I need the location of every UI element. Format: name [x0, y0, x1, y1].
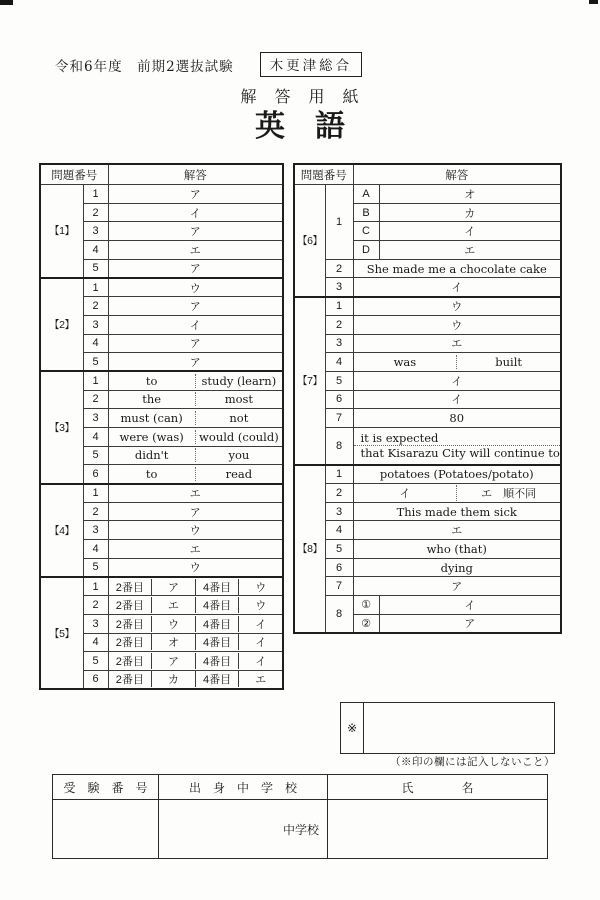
answer-sheet-page: 令和6年度 前期2選抜試験 木更津総合 解 答 用 紙 英 語 問題番号 解答 … — [0, 0, 600, 900]
answer-cell: ア — [108, 185, 283, 204]
answer-cell: ウ — [108, 278, 283, 297]
examinee-info-table: 受 験 番 号 出 身 中 学 校 氏 名 中学校 — [52, 774, 548, 859]
answer-cell: エ — [353, 521, 561, 540]
answer-value: イ — [354, 279, 561, 295]
answer-value: イ — [238, 616, 282, 632]
subject-title: 英 語 — [0, 101, 600, 145]
answer-split: 2番目オ4番目イ — [109, 634, 283, 650]
answer-value: most — [195, 392, 282, 406]
question-number-header: 問題番号 — [40, 164, 108, 185]
question-number: 2 — [83, 390, 108, 409]
school-name-box: 木更津総合 — [260, 52, 363, 77]
answer-cell: イ — [353, 371, 561, 390]
question-number: 6 — [325, 558, 353, 577]
answer-header: 解答 — [108, 164, 283, 185]
section-label: 【7】 — [294, 297, 325, 465]
answer-value: カ — [379, 203, 561, 222]
section-label: 【3】 — [40, 371, 83, 483]
answer-row: 【4】1エ — [40, 484, 283, 503]
answer-cell: イ — [353, 390, 561, 409]
question-number: 3 — [325, 334, 353, 353]
scan-artifact-top-right — [589, 0, 598, 4]
question-number: 1 — [83, 278, 108, 297]
question-number: 3 — [83, 521, 108, 540]
question-number: 2 — [83, 203, 108, 222]
answer-value: ア — [379, 614, 561, 633]
question-number: 3 — [83, 222, 108, 241]
answer-split: 2番目ウ4番目イ — [109, 616, 283, 632]
answer-value: ア — [354, 578, 561, 594]
question-number: 1 — [83, 371, 108, 390]
answer-row: 3イ — [294, 278, 561, 297]
answer-split: tostudy (learn) — [109, 374, 283, 388]
answer-value: エ — [354, 335, 561, 351]
examinee-entry-row: 中学校 — [53, 800, 548, 859]
question-number: 5 — [325, 540, 353, 559]
scan-artifact-top-left — [0, 0, 13, 5]
answer-value: must (can) — [109, 411, 195, 425]
sub-question-label: C — [353, 222, 379, 241]
answer-value: イ — [354, 391, 561, 407]
question-section: 【4】1エ2ア3ウ4エ5ウ — [40, 484, 283, 577]
answer-table-right: 問題番号 解答 【6】1AオBカCイDエ2She made me a choco… — [293, 163, 562, 634]
question-number: 1 — [325, 465, 353, 484]
question-number: 2 — [83, 502, 108, 521]
answer-value: the — [109, 392, 195, 406]
name-field — [328, 800, 548, 859]
answer-value: カ — [151, 671, 195, 687]
answer-value: イ — [238, 634, 282, 650]
answer-row: 2ウ — [294, 315, 561, 334]
question-number: 2 — [325, 484, 353, 503]
question-number: 6 — [83, 670, 108, 689]
answer-value: ア — [151, 579, 195, 595]
answer-split: were (was)would (could) — [109, 430, 283, 444]
answer-split: 2番目ア4番目ウ — [109, 579, 283, 595]
position-label: 4番目 — [195, 579, 239, 595]
answer-cell: エ — [108, 484, 283, 503]
answer-value: イ — [379, 222, 561, 241]
question-section: 【1】1ア2イ3ア4エ5ア — [40, 185, 283, 278]
question-number: 7 — [325, 577, 353, 596]
answer-cell: 2番目ア4番目ウ — [108, 577, 283, 596]
answer-split: 2番目ア4番目イ — [109, 653, 283, 669]
answer-row: 8it is expectedthat Kisarazu City will c… — [294, 427, 561, 464]
question-number: 5 — [83, 446, 108, 465]
answer-value: イ — [379, 596, 561, 615]
answer-row: 【3】1tostudy (learn) — [40, 371, 283, 390]
answer-value: didn't — [109, 448, 195, 462]
answer-cell: イ — [108, 203, 283, 222]
answer-value: that Kisarazu City will continue to deve… — [354, 445, 561, 460]
answer-value: was — [354, 355, 457, 369]
question-number: 2 — [83, 297, 108, 316]
answer-value: dying — [354, 561, 561, 575]
answer-cell: must (can)not — [108, 409, 283, 428]
answer-split: themost — [109, 392, 283, 406]
position-label: 2番目 — [109, 634, 152, 650]
question-number: 3 — [325, 502, 353, 521]
answer-value: ア — [109, 223, 283, 239]
answer-value: ウ — [354, 317, 561, 333]
answer-cell: 2番目ア4番目イ — [108, 652, 283, 671]
sub-question-label: A — [353, 185, 379, 204]
answer-row: 4エ — [294, 521, 561, 540]
answer-cell: ア — [353, 577, 561, 596]
answer-value: エ — [109, 485, 283, 501]
answer-cell: 2番目カ4番目エ — [108, 670, 283, 689]
answer-cell: ア — [108, 353, 283, 372]
answer-value: イ — [109, 317, 283, 333]
answer-value: were (was) — [109, 430, 195, 444]
question-number: 1 — [83, 577, 108, 596]
answer-value: ウ — [354, 298, 561, 314]
answer-value: potatoes (Potatoes/potato) — [354, 467, 561, 481]
answer-value: ウ — [238, 597, 282, 613]
answer-value: 80 — [354, 411, 561, 425]
question-number: 5 — [83, 652, 108, 671]
answer-row: 【7】1ウ — [294, 297, 561, 316]
answer-row: 【2】1ウ — [40, 278, 283, 297]
answer-cell: 2番目オ4番目イ — [108, 633, 283, 652]
question-number: 3 — [325, 278, 353, 297]
name-header: 氏 名 — [328, 775, 548, 800]
answer-value: エ — [109, 242, 283, 258]
answer-cell: ア — [108, 334, 283, 353]
answer-row: 7ア — [294, 577, 561, 596]
answer-row: 【1】1ア — [40, 185, 283, 204]
answer-cell: ア — [108, 502, 283, 521]
origin-school-header: 出 身 中 学 校 — [159, 775, 328, 800]
position-label: 4番目 — [195, 597, 239, 613]
question-number: 4 — [83, 334, 108, 353]
answer-cell: potatoes (Potatoes/potato) — [353, 465, 561, 484]
answer-cell: wasbuilt — [353, 353, 561, 372]
question-number-header: 問題番号 — [294, 164, 353, 185]
table-header-row: 問題番号 解答 — [40, 164, 283, 185]
answer-cell: エ — [108, 241, 283, 260]
position-label: 2番目 — [109, 671, 152, 687]
answer-cell: toread — [108, 465, 283, 484]
answer-value: ア — [151, 653, 195, 669]
question-section: 【3】1tostudy (learn)2themost3must (can)no… — [40, 371, 283, 483]
answer-row: 780 — [294, 409, 561, 428]
answer-cell: who (that) — [353, 540, 561, 559]
question-number: 5 — [83, 353, 108, 372]
question-number: 1 — [83, 185, 108, 204]
answer-value: オ — [379, 185, 561, 204]
answer-value: エ — [238, 671, 282, 687]
question-number: 1 — [325, 297, 353, 316]
answer-value: She made me a chocolate cake — [354, 262, 561, 276]
answer-split: 2番目エ4番目ウ — [109, 597, 283, 613]
position-label: 4番目 — [195, 671, 239, 687]
answer-cell: 2番目ウ4番目イ — [108, 614, 283, 633]
question-number: 4 — [83, 241, 108, 260]
position-label: 2番目 — [109, 616, 152, 632]
answer-row: 6イ — [294, 390, 561, 409]
section-label: 【1】 — [40, 185, 83, 278]
question-number: 6 — [325, 390, 353, 409]
grading-mark-cell: ※ — [341, 703, 364, 753]
answer-value: ア — [109, 354, 283, 370]
answer-value: read — [195, 467, 282, 481]
answer-cell: were (was)would (could) — [108, 427, 283, 446]
answer-row: 5who (that) — [294, 540, 561, 559]
question-number: 5 — [83, 558, 108, 577]
question-number: 3 — [83, 409, 108, 428]
answer-value: エ — [379, 241, 561, 260]
answer-cell: イエ 順不同 — [353, 484, 561, 503]
answer-cell: themost — [108, 390, 283, 409]
answer-value: built — [456, 355, 560, 369]
grading-note: （※印の欄には記入しないこと） — [340, 754, 555, 769]
exam-number-header: 受 験 番 号 — [53, 775, 159, 800]
answer-row: 【6】1Aオ — [294, 185, 561, 204]
answer-value: オ — [151, 634, 195, 650]
question-number: 8 — [325, 596, 353, 633]
section-label: 【5】 — [40, 577, 83, 689]
answer-value: イ — [354, 373, 561, 389]
answer-cell: ウ — [353, 315, 561, 334]
answer-split: イエ 順不同 — [354, 485, 561, 501]
answer-value: エ — [354, 522, 561, 538]
answer-value: who (that) — [354, 542, 561, 556]
answer-cell: This made them sick — [353, 502, 561, 521]
position-label: 2番目 — [109, 653, 152, 669]
exam-number-field — [53, 800, 159, 859]
question-number: 4 — [325, 521, 353, 540]
answer-value: not — [195, 411, 282, 425]
answer-value: エ 順不同 — [456, 485, 560, 501]
answer-cell: it is expectedthat Kisarazu City will co… — [353, 427, 561, 464]
question-number: 6 — [83, 465, 108, 484]
answer-lines: it is expectedthat Kisarazu City will co… — [354, 431, 561, 460]
answer-header: 解答 — [353, 164, 561, 185]
answer-value: イ — [354, 485, 457, 501]
answer-value: would (could) — [195, 430, 282, 444]
answer-cell: didn'tyou — [108, 446, 283, 465]
answer-row: 2イエ 順不同 — [294, 484, 561, 503]
question-number: 7 — [325, 409, 353, 428]
section-label: 【4】 — [40, 484, 83, 577]
section-label: 【2】 — [40, 278, 83, 371]
answer-value: ウ — [151, 616, 195, 632]
answer-row: 2She made me a chocolate cake — [294, 259, 561, 278]
answer-value: This made them sick — [354, 505, 561, 519]
answer-value: ウ — [109, 522, 283, 538]
school-suffix-label: 中学校 — [283, 823, 319, 837]
question-section: 【8】1potatoes (Potatoes/potato)2イエ 順不同3Th… — [294, 465, 561, 633]
examinee-header-row: 受 験 番 号 出 身 中 学 校 氏 名 — [53, 775, 548, 800]
answer-value: イ — [109, 205, 283, 221]
answer-cell: ウ — [108, 521, 283, 540]
answer-split: didn'tyou — [109, 448, 283, 462]
answer-cell: ウ — [353, 297, 561, 316]
answer-row: 5イ — [294, 371, 561, 390]
answer-cell: tostudy (learn) — [108, 371, 283, 390]
question-section: 【5】12番目ア4番目ウ22番目エ4番目ウ32番目ウ4番目イ42番目オ4番目イ5… — [40, 577, 283, 689]
question-number: 1 — [325, 185, 353, 260]
answer-cell: ア — [108, 259, 283, 278]
sub-question-label: B — [353, 203, 379, 222]
answer-cell: イ — [108, 315, 283, 334]
answer-cell: ウ — [108, 558, 283, 577]
question-section: 【6】1AオBカCイDエ2She made me a chocolate cak… — [294, 185, 561, 297]
question-section: 【7】1ウ2ウ3エ4wasbuilt5イ6イ7808it is expected… — [294, 297, 561, 465]
answer-value: ア — [109, 335, 283, 351]
answer-row: 【8】1potatoes (Potatoes/potato) — [294, 465, 561, 484]
origin-school-field: 中学校 — [159, 800, 328, 859]
sub-question-label: ② — [353, 614, 379, 633]
answer-table-left: 問題番号 解答 【1】1ア2イ3ア4エ5ア【2】1ウ2ア3イ4ア5ア【3】1to… — [39, 163, 284, 690]
answer-value: ウ — [109, 280, 283, 296]
answer-cell: 2番目エ4番目ウ — [108, 596, 283, 615]
exam-year-label: 令和6年度 前期2選抜試験 — [55, 55, 234, 75]
position-label: 4番目 — [195, 616, 239, 632]
question-number: 5 — [325, 371, 353, 390]
answer-cell: エ — [353, 334, 561, 353]
answer-cell: ア — [108, 222, 283, 241]
answer-split: toread — [109, 467, 283, 481]
question-number: 2 — [325, 259, 353, 278]
answer-split: 2番目カ4番目エ — [109, 671, 283, 687]
position-label: 2番目 — [109, 579, 152, 595]
section-label: 【6】 — [294, 185, 325, 297]
answer-cell: イ — [353, 278, 561, 297]
answer-value: ア — [109, 260, 283, 276]
section-label: 【8】 — [294, 465, 325, 633]
answer-value: you — [195, 448, 282, 462]
answer-value: ア — [109, 186, 283, 202]
question-number: 1 — [83, 484, 108, 503]
answer-split: wasbuilt — [354, 355, 561, 369]
answer-row: 3This made them sick — [294, 502, 561, 521]
answer-value: エ — [109, 541, 283, 557]
answer-value: ア — [109, 504, 283, 520]
answer-value: it is expected — [354, 431, 561, 445]
answer-row: 8①イ — [294, 596, 561, 615]
answer-value: ウ — [238, 579, 282, 595]
sub-question-label: ① — [353, 596, 379, 615]
answer-row: 3エ — [294, 334, 561, 353]
question-number: 4 — [83, 427, 108, 446]
sub-question-label: D — [353, 241, 379, 260]
position-label: 4番目 — [195, 653, 239, 669]
answer-value: ウ — [109, 559, 283, 575]
answer-cell: She made me a chocolate cake — [353, 259, 561, 278]
question-number: 3 — [83, 614, 108, 633]
question-number: 4 — [83, 633, 108, 652]
position-label: 2番目 — [109, 597, 152, 613]
grading-score-box: ※ — [340, 702, 555, 754]
question-number: 5 — [83, 259, 108, 278]
grading-empty-cell — [364, 703, 554, 753]
answer-value: to — [109, 467, 195, 481]
question-number: 3 — [83, 315, 108, 334]
table-header-row: 問題番号 解答 — [294, 164, 561, 185]
answer-value: イ — [238, 653, 282, 669]
question-section: 【2】1ウ2ア3イ4ア5ア — [40, 278, 283, 371]
answer-value: to — [109, 374, 195, 388]
exam-header-line: 令和6年度 前期2選抜試験 木更津総合 — [55, 52, 362, 77]
question-number: 4 — [325, 353, 353, 372]
question-number: 8 — [325, 427, 353, 464]
answer-cell: エ — [108, 540, 283, 559]
answer-row: 6dying — [294, 558, 561, 577]
question-number: 2 — [83, 596, 108, 615]
answer-cell: ア — [108, 297, 283, 316]
answer-cell: 80 — [353, 409, 561, 428]
question-number: 2 — [325, 315, 353, 334]
answer-split: must (can)not — [109, 411, 283, 425]
answer-value: study (learn) — [195, 374, 282, 388]
answer-cell: dying — [353, 558, 561, 577]
answer-row: 【5】12番目ア4番目ウ — [40, 577, 283, 596]
position-label: 4番目 — [195, 634, 239, 650]
answer-row: 4wasbuilt — [294, 353, 561, 372]
answer-value: ア — [109, 298, 283, 314]
question-number: 4 — [83, 540, 108, 559]
answer-value: エ — [151, 597, 195, 613]
